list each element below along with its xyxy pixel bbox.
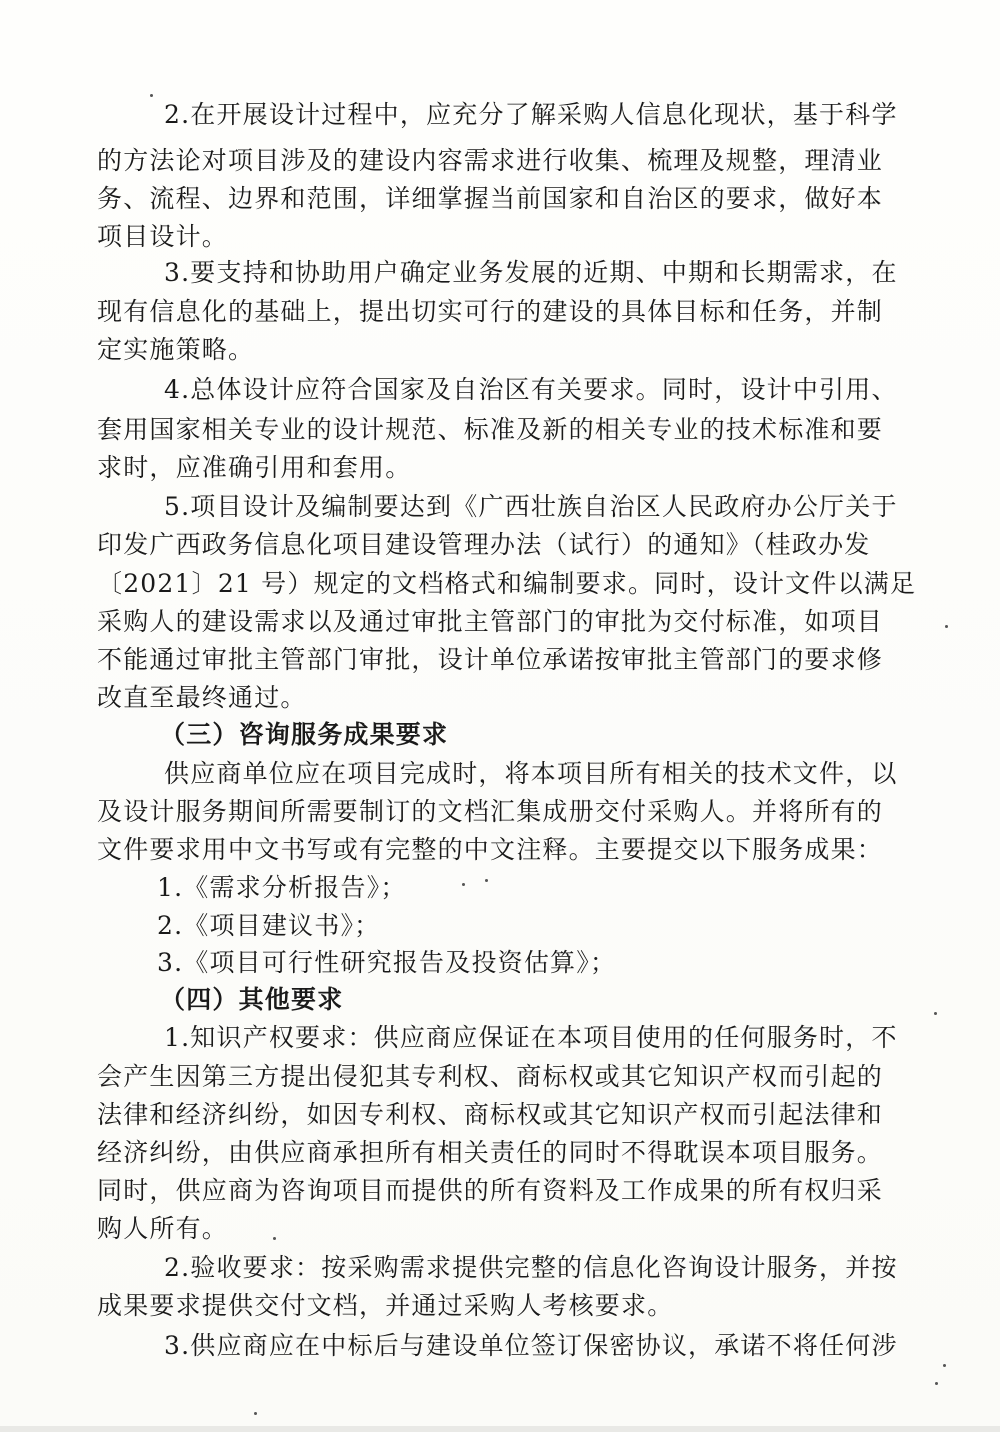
- text-line: 经济纠纷，由供应商承担所有相关责任的同时不得耽误本项目服务。: [97, 1136, 883, 1170]
- scan-speck: [943, 1364, 946, 1367]
- text-line: 不能通过审批主管部门审批，设计单位承诺按审批主管部门的要求修: [97, 643, 883, 677]
- scan-speck: [254, 1412, 257, 1415]
- deliverable-item: 1.《需求分析报告》；: [157, 871, 407, 905]
- text-line: 购人所有。: [97, 1212, 228, 1246]
- text-line: 现有信息化的基础上，提出切实可行的建设的具体目标和任务，并制: [97, 295, 883, 329]
- text-line: 务、流程、边界和范围，详细掌握当前国家和自治区的要求，做好本: [97, 182, 883, 216]
- text-line: 1.知识产权要求：供应商应保证在本项目使用的任何服务时，不: [164, 1021, 898, 1055]
- text-line: 定实施策略。: [97, 333, 254, 367]
- section-heading: （三）咨询服务成果要求: [160, 718, 448, 752]
- text-line: 3.供应商应在中标后与建设单位签订保密协议，承诺不将任何涉: [164, 1329, 898, 1363]
- text-line: 2.验收要求：按采购需求提供完整的信息化咨询设计服务，并按: [164, 1251, 898, 1285]
- scan-speck: [934, 1012, 937, 1015]
- text-line: 印发广西政务信息化项目建设管理办法（试行）的通知》（桂政办发: [97, 528, 871, 562]
- page-bottom-edge: [0, 1426, 1000, 1432]
- scan-speck: [462, 883, 465, 886]
- scan-speck: [273, 1237, 276, 1240]
- scan-speck: [485, 879, 488, 882]
- deliverable-item: 3.《项目可行性研究报告及投资估算》；: [157, 946, 616, 980]
- text-line: 〔2021〕21 号）规定的文档格式和编制要求。同时，设计文件以满足: [97, 567, 916, 601]
- scanned-document-page: 2.在开展设计过程中，应充分了解采购人信息化现状，基于科学 的方法论对项目涉及的…: [0, 0, 1000, 1432]
- text-line: 5.项目设计及编制要达到《广西壮族自治区人民政府办公厅关于: [164, 490, 898, 524]
- text-line: 供应商单位应在项目完成时，将本项目所有相关的技术文件，以: [164, 757, 898, 791]
- scan-speck: [945, 625, 948, 628]
- text-line: 求时，应准确引用和套用。: [97, 451, 411, 485]
- text-line: 同时，供应商为咨询项目而提供的所有资料及工作成果的所有权归采: [97, 1174, 883, 1208]
- text-line: 2.在开展设计过程中，应充分了解采购人信息化现状，基于科学: [164, 98, 898, 132]
- deliverable-item: 2.《项目建议书》；: [157, 909, 380, 943]
- scan-speck: [935, 1382, 938, 1385]
- text-line: 4.总体设计应符合国家及自治区有关要求。同时，设计中引用、: [164, 373, 898, 407]
- text-line: 成果要求提供交付文档，并通过采购人考核要求。: [97, 1289, 673, 1323]
- text-line: 项目设计。: [97, 220, 228, 254]
- text-line: 文件要求用中文书写或有完整的中文注释。主要提交以下服务成果：: [97, 833, 883, 867]
- text-line: 采购人的建设需求以及通过审批主管部门的审批为交付标准，如项目: [97, 605, 883, 639]
- text-line: 法律和经济纠纷，如因专利权、商标权或其它知识产权而引起法律和: [97, 1098, 883, 1132]
- text-line: 套用国家相关专业的设计规范、标准及新的相关专业的技术标准和要: [97, 413, 883, 447]
- text-line: 3.要支持和协助用户确定业务发展的近期、中期和长期需求，在: [164, 256, 898, 290]
- text-line: 的方法论对项目涉及的建设内容需求进行收集、梳理及规整，理清业: [97, 144, 883, 178]
- text-line: 改直至最终通过。: [97, 681, 307, 715]
- scan-speck: [150, 94, 153, 97]
- text-line: 及设计服务期间所需要制订的文档汇集成册交付采购人。并将所有的: [97, 795, 883, 829]
- section-heading: （四）其他要求: [160, 983, 343, 1017]
- text-line: 会产生因第三方提出侵犯其专利权、商标权或其它知识产权而引起的: [97, 1060, 883, 1094]
